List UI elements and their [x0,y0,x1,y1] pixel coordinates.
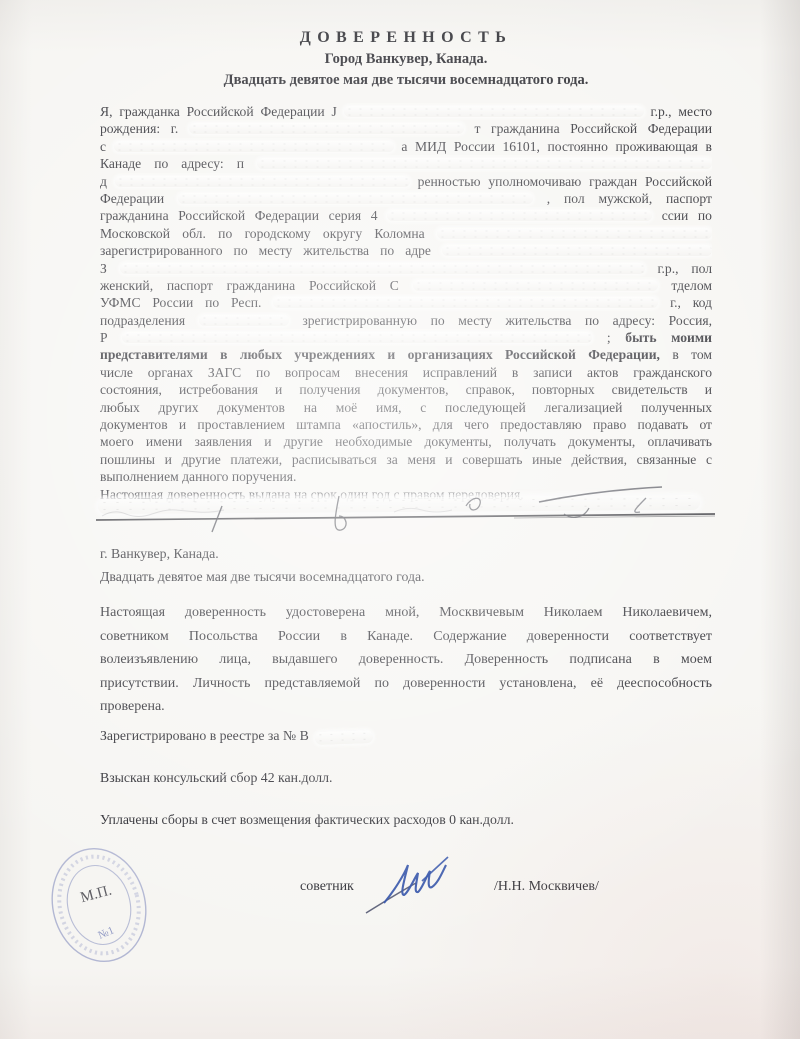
officer-title: советник [300,879,354,895]
document-line: состояния, истребования и получения доку… [100,381,712,398]
stamp-number-label: №1 [96,924,115,941]
body-paragraph: Я, гражданка Российской Федерации J г.р.… [100,103,712,503]
registry-line: Зарегистрировано в реестре за № В [100,727,373,745]
document-line: д ренностью уполномочиваю граждан Россий… [100,173,712,190]
document-page: ДОВЕРЕННОСТЬ Город Ванкувер, Канада. Два… [0,0,800,1039]
redacted-text [344,106,644,117]
document-line: проверена. [100,695,712,719]
redacted-text [273,297,658,308]
redacted-text [189,123,464,134]
document-line: Федерации , пол мужской, паспорт [100,190,712,207]
text-segment: в том [672,347,712,362]
text-segment: состояния, истребования и получения доку… [100,382,712,397]
expenses-line: Уплачены сборы в счет возмещения фактиче… [100,811,514,829]
text-segment: ; [607,330,611,345]
document-line: документов и проставлением штампа «апост… [100,416,712,433]
text-segment: зрегистрированную по месту жительства по… [302,313,712,328]
text-segment: Я, гражданка Российской Федерации J [100,104,337,119]
signature-line-graphic [94,476,718,534]
text-segment: Федерации [100,191,164,206]
document-line: УФМС России по Респ. г., код [100,294,712,311]
stamp-center-label: М.П. [79,883,114,907]
text-segment: любых других документов на моё имя, с по… [100,400,712,415]
document-line: числе органах ЗАГС по вопросам внесения … [100,364,712,381]
text-segment: г., код [670,295,712,310]
text-segment: документов и проставлением штампа «апост… [100,417,712,432]
officer-name: /Н.Н. Москвичев/ [494,879,599,895]
text-segment: д [100,174,107,189]
notary-certification: Настоящая доверенность удостоверена мной… [100,601,712,719]
text-segment: ссии по [662,208,712,223]
execution-date: Двадцать девятое мая две тысячи восемнад… [100,568,425,586]
document-line: Московской обл. по городскому округу Кол… [100,225,712,242]
document-line: моего имени заявления и другие необходим… [100,433,712,450]
registry-text: Зарегистрировано в реестре за № В [100,727,309,745]
document-line: любых других документов на моё имя, с по… [100,399,712,416]
redacted-text [413,280,658,291]
text-segment: с [100,139,106,154]
document-line: Р ; быть моими [100,329,712,346]
text-segment: а МИД России 16101, постоянно проживающа… [401,139,712,154]
document-line: гражданина Российской Федерации серия 4 … [100,207,712,224]
text-segment: тделом [671,278,712,293]
text-segment: рождения: г. [100,121,178,136]
header-date-line: Двадцать девятое мая две тысячи восемнад… [100,70,712,91]
text-segment: зарегистрированного по месту жительства … [100,243,431,258]
execution-place: г. Ванкувер, Канада. [100,545,219,563]
text-segment: быть моими [625,330,712,345]
text-segment: числе органах ЗАГС по вопросам внесения … [100,365,712,380]
document-line: Я, гражданка Российской Федерации J г.р.… [100,103,712,120]
document-line: подразделения зрегистрированную по месту… [100,312,712,329]
document-line: советником Посольства России в Канаде. С… [100,625,712,649]
redacted-text [257,158,712,169]
text-segment: т гражданина Российской Федерации [474,121,712,136]
document-line: рождения: г. т гражданина Российской Фед… [100,120,712,137]
redacted-text [387,210,652,221]
redacted-text [437,228,712,239]
text-segment: гражданина Российской Федерации серия 4 [100,208,378,223]
header-place-line: Город Ванкувер, Канада. [100,49,712,70]
text-segment: проверена. [100,699,165,714]
redacted-text [178,193,533,204]
document-line: волеизъявлению лица, выдавшего доверенно… [100,648,712,672]
text-segment: Московской обл. по городскому округу Кол… [100,226,425,241]
redacted-text [115,176,410,187]
redacted-text [199,315,289,326]
embassy-stamp: М.П. №1 [36,841,162,969]
officer-signature-icon [362,851,462,921]
text-segment: Канаде по адресу: п [100,156,244,171]
consular-fee-line: Взыскан консульский сбор 42 кан.долл. [100,769,332,787]
text-segment: г.р., пол [657,261,712,276]
text-segment: пошлины и другие платежи, расписываться … [100,452,712,467]
text-segment: присутствии. Личность представляемой по … [100,676,712,691]
document-line: Настоящая доверенность удостоверена мной… [100,601,712,625]
document-line: представителями в любых учреждениях и ор… [100,346,712,363]
document-line: пошлины и другие платежи, расписываться … [100,451,712,468]
text-segment: советником Посольства России в Канаде. С… [100,629,712,644]
redacted-registry-number [315,729,373,744]
text-segment: моего имени заявления и другие необходим… [100,434,712,449]
document-line: женский, паспорт гражданина Российской С… [100,277,712,294]
document-line: зарегистрированного по месту жительства … [100,242,712,259]
redacted-text [122,332,592,343]
redacted-text [442,245,712,256]
document-header: ДОВЕРЕННОСТЬ Город Ванкувер, Канада. Два… [100,27,712,91]
text-segment: волеизъявлению лица, выдавшего доверенно… [100,652,712,667]
document-line: с а МИД России 16101, постоянно проживаю… [100,138,712,155]
text-segment: УФМС России по Респ. [100,295,261,310]
text-segment: Настоящая доверенность удостоверена мной… [100,605,712,620]
document-line: З г.р., пол [100,260,712,277]
text-segment: представителями в любых учреждениях и ор… [100,347,660,362]
document-line: присутствии. Личность представляемой по … [100,672,712,696]
redacted-text [120,263,645,274]
text-segment: ренностью уполномочиваю граждан Российск… [418,174,712,189]
text-segment: женский, паспорт гражданина Российской С [100,278,399,293]
document-title: ДОВЕРЕННОСТЬ [100,27,712,49]
text-segment: подразделения [100,313,185,328]
document-line: Канаде по адресу: п [100,155,712,172]
text-segment: , пол мужской, паспорт [547,191,712,206]
redacted-text [114,141,394,152]
text-segment: г.р., место [651,104,712,119]
text-segment: З [100,261,107,276]
text-segment: Р [100,330,108,345]
